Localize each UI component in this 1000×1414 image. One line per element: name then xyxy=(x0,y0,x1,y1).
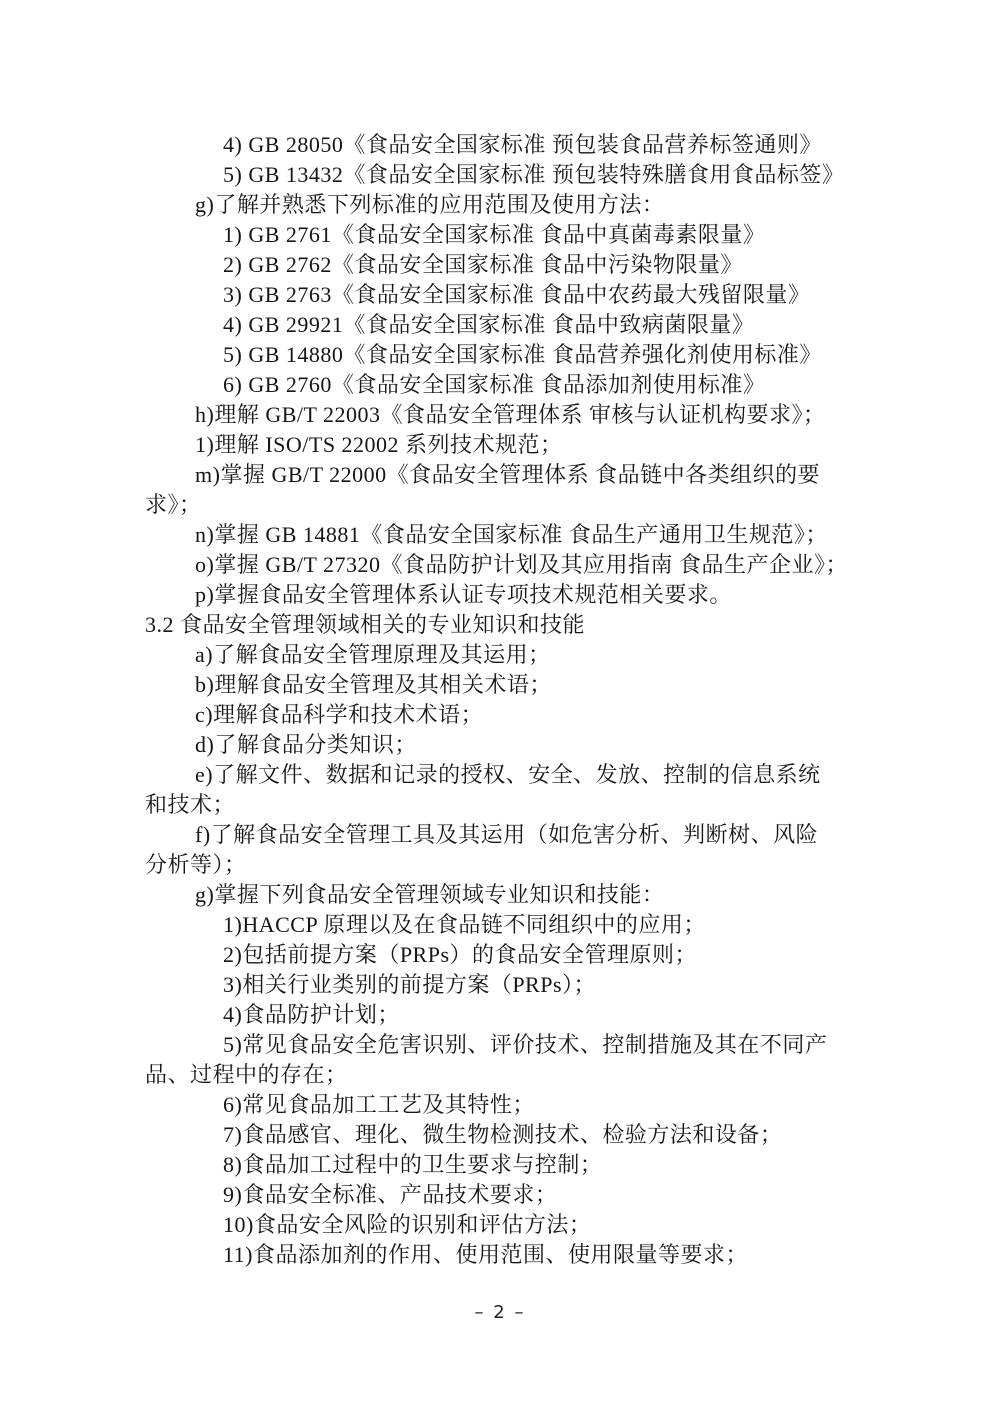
doc-line: n)掌握 GB 14881《食品安全国家标准 食品生产通用卫生规范》； xyxy=(145,520,920,550)
doc-line: 和技术； xyxy=(145,790,920,820)
doc-line: a)了解食品安全管理原理及其运用； xyxy=(145,640,920,670)
doc-line: 6)常见食品加工工艺及其特性； xyxy=(145,1090,920,1120)
doc-line: 求》； xyxy=(145,490,920,520)
doc-line: e)了解文件、数据和记录的授权、安全、发放、控制的信息系统 xyxy=(145,760,920,790)
doc-line: 10)食品安全风险的识别和评估方法； xyxy=(145,1210,920,1240)
doc-line: 3) GB 2763《食品安全国家标准 食品中农药最大残留限量》 xyxy=(145,280,920,310)
doc-line: h)理解 GB/T 22003《食品安全管理体系 审核与认证机构要求》； xyxy=(145,400,920,430)
doc-line: b)理解食品安全管理及其相关术语； xyxy=(145,670,920,700)
doc-line: 分析等）； xyxy=(145,850,920,880)
doc-line: 1)HACCP 原理以及在食品链不同组织中的应用； xyxy=(145,910,920,940)
doc-line: 4) GB 29921《食品安全国家标准 食品中致病菌限量》 xyxy=(145,310,920,340)
doc-line: 9)食品安全标准、产品技术要求； xyxy=(145,1180,920,1210)
doc-line: 11)食品添加剂的作用、使用范围、使用限量等要求； xyxy=(145,1240,920,1270)
document-page: 4) GB 28050《食品安全国家标准 预包装食品营养标签通则》 5) GB … xyxy=(0,0,1000,1414)
doc-line: 1) GB 2761《食品安全国家标准 食品中真菌毒素限量》 xyxy=(145,220,920,250)
doc-line: 2)包括前提方案（PRPs）的食品安全管理原则； xyxy=(145,940,920,970)
doc-line: 6) GB 2760《食品安全国家标准 食品添加剂使用标准》 xyxy=(145,370,920,400)
doc-line: 7)食品感官、理化、微生物检测技术、检验方法和设备； xyxy=(145,1120,920,1150)
doc-line: 5) GB 14880《食品安全国家标准 食品营养强化剂使用标准》 xyxy=(145,340,920,370)
doc-line: 5)常见食品安全危害识别、评价技术、控制措施及其在不同产 xyxy=(145,1030,920,1060)
doc-line: f)了解食品安全管理工具及其运用（如危害分析、判断树、风险 xyxy=(145,820,920,850)
doc-line: 8)食品加工过程中的卫生要求与控制； xyxy=(145,1150,920,1180)
doc-line: 4) GB 28050《食品安全国家标准 预包装食品营养标签通则》 xyxy=(145,130,920,160)
document-body: 4) GB 28050《食品安全国家标准 预包装食品营养标签通则》 5) GB … xyxy=(145,130,920,1270)
doc-line: g)了解并熟悉下列标准的应用范围及使用方法： xyxy=(145,190,920,220)
doc-line: g)掌握下列食品安全管理领域专业知识和技能： xyxy=(145,880,920,910)
doc-line: c)理解食品科学和技术术语； xyxy=(145,700,920,730)
doc-line: p)掌握食品安全管理体系认证专项技术规范相关要求。 xyxy=(145,580,920,610)
doc-line: m)掌握 GB/T 22000《食品安全管理体系 食品链中各类组织的要 xyxy=(145,460,920,490)
section-heading: 3.2 食品安全管理领域相关的专业知识和技能 xyxy=(145,610,920,640)
doc-line: o)掌握 GB/T 27320《食品防护计划及其应用指南 食品生产企业》； xyxy=(145,550,920,580)
doc-line: 3)相关行业类别的前提方案（PRPs）； xyxy=(145,970,920,1000)
doc-line: 品、过程中的存在； xyxy=(145,1060,920,1090)
doc-line: 1)理解 ISO/TS 22002 系列技术规范； xyxy=(145,430,920,460)
page-number: – 2 – xyxy=(0,1302,1000,1323)
doc-line: 5) GB 13432《食品安全国家标准 预包装特殊膳食用食品标签》 xyxy=(145,160,920,190)
doc-line: 2) GB 2762《食品安全国家标准 食品中污染物限量》 xyxy=(145,250,920,280)
doc-line: 4)食品防护计划； xyxy=(145,1000,920,1030)
doc-line: d)了解食品分类知识； xyxy=(145,730,920,760)
